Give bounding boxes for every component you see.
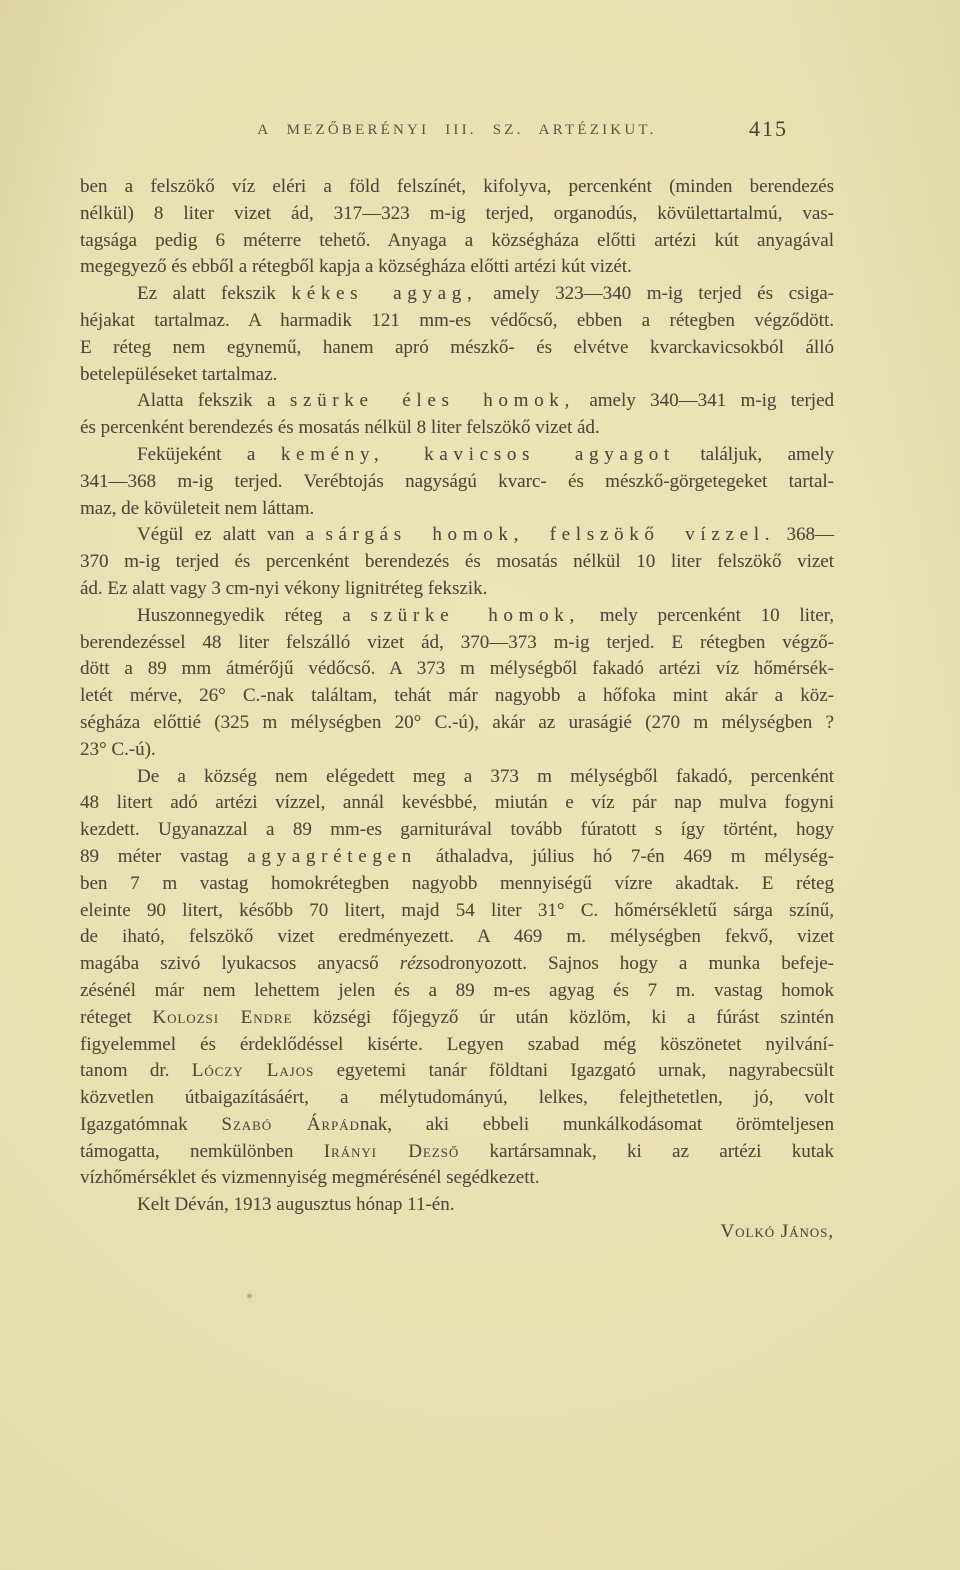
text-line: kezdett. Ugyanazzal a 89 mm-es garniturá… bbox=[80, 817, 834, 844]
text-line: ád. Ez alatt vagy 3 cm-nyi vékony lignit… bbox=[80, 576, 834, 603]
text-segment: Irányi Dezső bbox=[324, 1141, 459, 1162]
paragraph-7: De a község nem elégedett meg a 373 m mé… bbox=[80, 764, 834, 1193]
text-segment: berendezéssel 48 liter felszálló vizet á… bbox=[80, 632, 834, 653]
text-segment: héjakat tartalmaz. A harmadik 121 mm-es … bbox=[80, 310, 834, 331]
text-segment: sárgás homok, felszökő vízzel. bbox=[325, 524, 775, 545]
text-segment: tagsága pedig 6 méterre tehető. Anyaga a… bbox=[80, 230, 834, 251]
text-line: 370 m-ig terjed és percenként berendezés… bbox=[80, 549, 834, 576]
text-segment: támogatta, nemkülönben bbox=[80, 1141, 324, 1162]
text-line: letét mérve, 26° C.-nak találtam, tehát … bbox=[80, 683, 834, 710]
text-segment: Végül ez alatt van a bbox=[137, 524, 325, 545]
text-segment: kartársamnak, ki az artézi kutak bbox=[459, 1141, 834, 1162]
text-line: nélkül) 8 liter vizet ád, 317—323 m-ig t… bbox=[80, 201, 834, 228]
text-segment: 89 méter vastag bbox=[80, 846, 247, 867]
text-line: Huszonnegyedik réteg a szürke homok, mel… bbox=[80, 603, 834, 630]
text-segment: Kelt Déván, 1913 augusztus hónap 11-én. bbox=[137, 1194, 454, 1215]
text-segment: Kolozsi Endre bbox=[152, 1007, 292, 1028]
text-segment: magába szivó lyukacsos anyacső bbox=[80, 953, 400, 974]
paper-speck bbox=[247, 1294, 252, 1298]
text-line: zésénél már nem lehettem jelen és a 89 m… bbox=[80, 978, 834, 1005]
text-segment: agyagrétegen bbox=[247, 846, 417, 867]
text-line: héjakat tartalmaz. A harmadik 121 mm-es … bbox=[80, 308, 834, 335]
text-line: ségháza előttié (325 m mélységben 20° C.… bbox=[80, 710, 834, 737]
page-number: 415 bbox=[749, 116, 788, 142]
text-segment: zésénél már nem lehettem jelen és a 89 m… bbox=[80, 980, 834, 1001]
text-line: Ez alatt fekszik kékes agyag, amely 323—… bbox=[80, 281, 834, 308]
page-body: ben a felszökő víz eléri a föld felszíné… bbox=[80, 174, 834, 1246]
text-line: 23° C.-ú). bbox=[80, 737, 834, 764]
text-segment: 48 litert adó artézi vízzel, annál kevés… bbox=[80, 792, 834, 813]
text-segment: De a község nem elégedett meg a 373 m mé… bbox=[137, 766, 834, 787]
text-line: réteget Kolozsi Endre községi főjegyző ú… bbox=[80, 1005, 834, 1032]
running-head-title: A MEZŐBERÉNYI III. SZ. ARTÉZIKUT. bbox=[80, 122, 834, 139]
text-segment: eleinte 90 litert, később 70 litert, maj… bbox=[80, 900, 834, 921]
document-page: A MEZŐBERÉNYI III. SZ. ARTÉZIKUT. 415 be… bbox=[0, 0, 960, 1570]
text-segment: dött a 89 mm átmérőjű védőcső. A 373 m m… bbox=[80, 658, 834, 679]
text-segment: de iható, felszökő vizet eredményezett. … bbox=[80, 926, 834, 947]
text-segment: községi főjegyző úr után közlöm, ki a fú… bbox=[292, 1007, 834, 1028]
text-line: vízhőmérséklet és vizmennyiség megmérésé… bbox=[80, 1165, 834, 1192]
paragraph-2: Ez alatt fekszik kékes agyag, amely 323—… bbox=[80, 281, 834, 388]
text-segment: ségháza előttié (325 m mélységben 20° C.… bbox=[80, 712, 834, 733]
text-line: Feküjeként a kemény, kavicsos agyagot ta… bbox=[80, 442, 834, 469]
text-line: figyelemmel és érdeklődéssel kisérte. Le… bbox=[80, 1032, 834, 1059]
text-segment: figyelemmel és érdeklődéssel kisérte. Le… bbox=[80, 1034, 834, 1055]
text-segment: E réteg nem egynemű, hanem apró mészkő- … bbox=[80, 337, 834, 358]
text-segment: nélkül) 8 liter vizet ád, 317—323 m-ig t… bbox=[80, 203, 834, 224]
text-segment: Feküjeként a bbox=[137, 444, 281, 465]
paragraph-1: ben a felszökő víz eléri a föld felszíné… bbox=[80, 174, 834, 281]
text-segment: 368— bbox=[775, 524, 834, 545]
text-segment: 341—368 m-ig terjed. Verébtojás nagyságú… bbox=[80, 471, 834, 492]
text-line: de iható, felszökő vizet eredményezett. … bbox=[80, 924, 834, 951]
text-segment: találjuk, amely bbox=[675, 444, 834, 465]
text-line: megegyező és ebből a rétegből kapja a kö… bbox=[80, 254, 834, 281]
text-segment: 370 m-ig terjed és percenként berendezés… bbox=[80, 551, 834, 572]
text-segment: kékes agyag, bbox=[292, 283, 478, 304]
text-segment: Szabó Árpád bbox=[221, 1114, 360, 1135]
text-segment: Lóczy Lajos bbox=[192, 1060, 314, 1081]
text-segment: Volkó János, bbox=[720, 1221, 834, 1242]
text-segment: kezdett. Ugyanazzal a 89 mm-es garniturá… bbox=[80, 819, 834, 840]
text-line: 89 méter vastag agyagrétegen áthaladva, … bbox=[80, 844, 834, 871]
text-segment: réz bbox=[400, 953, 423, 974]
paragraph-5: Végül ez alatt van a sárgás homok, felsz… bbox=[80, 522, 834, 602]
text-segment: megegyező és ebből a rétegből kapja a kö… bbox=[80, 256, 632, 277]
text-segment: letét mérve, 26° C.-nak találtam, tehát … bbox=[80, 685, 834, 706]
text-segment: ben a felszökő víz eléri a föld felszíné… bbox=[80, 176, 834, 197]
text-segment: nak, aki ebbeli munkálkodásomat örömtelj… bbox=[360, 1114, 834, 1135]
text-line: Volkó János, bbox=[80, 1219, 834, 1246]
text-segment: Igazgatómnak bbox=[80, 1114, 221, 1135]
text-segment: vízhőmérséklet és vizmennyiség megmérésé… bbox=[80, 1167, 540, 1188]
text-segment: mely percenként 10 liter, bbox=[580, 605, 834, 626]
text-segment: közvetlen útbaigazításáért, a mélytudomá… bbox=[80, 1087, 834, 1108]
text-line: Alatta fekszik a szürke éles homok, amel… bbox=[80, 388, 834, 415]
text-line: Végül ez alatt van a sárgás homok, felsz… bbox=[80, 522, 834, 549]
text-segment: Huszonnegyedik réteg a bbox=[137, 605, 370, 626]
text-line: tanom dr. Lóczy Lajos egyetemi tanár föl… bbox=[80, 1058, 834, 1085]
paragraph-6: Huszonnegyedik réteg a szürke homok, mel… bbox=[80, 603, 834, 764]
text-segment: és percenként berendezés és mosatás nélk… bbox=[80, 417, 600, 438]
text-line: közvetlen útbaigazításáért, a mélytudomá… bbox=[80, 1085, 834, 1112]
text-line: betelepüléseket tartalmaz. bbox=[80, 362, 834, 389]
text-segment: szürke homok, bbox=[370, 605, 580, 626]
paragraph-3: Alatta fekszik a szürke éles homok, amel… bbox=[80, 388, 834, 442]
paragraph-4: Feküjeként a kemény, kavicsos agyagot ta… bbox=[80, 442, 834, 522]
dateline: Kelt Déván, 1913 augusztus hónap 11-én. bbox=[80, 1192, 834, 1219]
text-segment: Ez alatt fekszik bbox=[137, 283, 292, 304]
text-line: támogatta, nemkülönben Irányi Dezső kart… bbox=[80, 1139, 834, 1166]
text-segment: sodronyozott. Sajnos hogy a munka befeje… bbox=[423, 953, 834, 974]
text-line: Igazgatómnak Szabó Árpádnak, aki ebbeli … bbox=[80, 1112, 834, 1139]
text-line: eleinte 90 litert, később 70 litert, maj… bbox=[80, 898, 834, 925]
text-line: 48 litert adó artézi vízzel, annál kevés… bbox=[80, 790, 834, 817]
page-header: A MEZŐBERÉNYI III. SZ. ARTÉZIKUT. 415 bbox=[80, 116, 834, 150]
text-segment: tanom dr. bbox=[80, 1060, 192, 1081]
text-line: maz, de kövületeit nem láttam. bbox=[80, 496, 834, 523]
text-segment: ben 7 m vastag homokrétegben nagyobb men… bbox=[80, 873, 834, 894]
text-line: De a község nem elégedett meg a 373 m mé… bbox=[80, 764, 834, 791]
text-line: E réteg nem egynemű, hanem apró mészkő- … bbox=[80, 335, 834, 362]
text-line: ben 7 m vastag homokrétegben nagyobb men… bbox=[80, 871, 834, 898]
text-line: 341—368 m-ig terjed. Verébtojás nagyságú… bbox=[80, 469, 834, 496]
text-line: ben a felszökő víz eléri a föld felszíné… bbox=[80, 174, 834, 201]
text-line: Kelt Déván, 1913 augusztus hónap 11-én. bbox=[80, 1192, 834, 1219]
text-segment: amely 340—341 m-ig terjed bbox=[575, 390, 834, 411]
text-segment: maz, de kövületeit nem láttam. bbox=[80, 498, 314, 519]
signature: Volkó János, bbox=[80, 1219, 834, 1246]
text-line: berendezéssel 48 liter felszálló vizet á… bbox=[80, 630, 834, 657]
text-segment: egyetemi tanár földtani Igazgató urnak, … bbox=[314, 1060, 834, 1081]
text-segment: amely 323—340 m-ig terjed és csiga- bbox=[477, 283, 834, 304]
text-line: és percenként berendezés és mosatás nélk… bbox=[80, 415, 834, 442]
text-line: dött a 89 mm átmérőjű védőcső. A 373 m m… bbox=[80, 656, 834, 683]
text-segment: kemény, kavicsos agyagot bbox=[281, 444, 675, 465]
text-segment: ád. Ez alatt vagy 3 cm-nyi vékony lignit… bbox=[80, 578, 487, 599]
text-segment: 23° C.-ú). bbox=[80, 739, 156, 760]
text-segment: áthaladva, július hó 7-én 469 m mélység- bbox=[417, 846, 834, 867]
text-segment: Alatta fekszik a bbox=[137, 390, 290, 411]
text-segment: szürke éles homok, bbox=[290, 390, 575, 411]
text-segment: betelepüléseket tartalmaz. bbox=[80, 364, 277, 385]
text-line: tagsága pedig 6 méterre tehető. Anyaga a… bbox=[80, 228, 834, 255]
text-segment: réteget bbox=[80, 1007, 152, 1028]
text-line: magába szivó lyukacsos anyacső rézsodron… bbox=[80, 951, 834, 978]
